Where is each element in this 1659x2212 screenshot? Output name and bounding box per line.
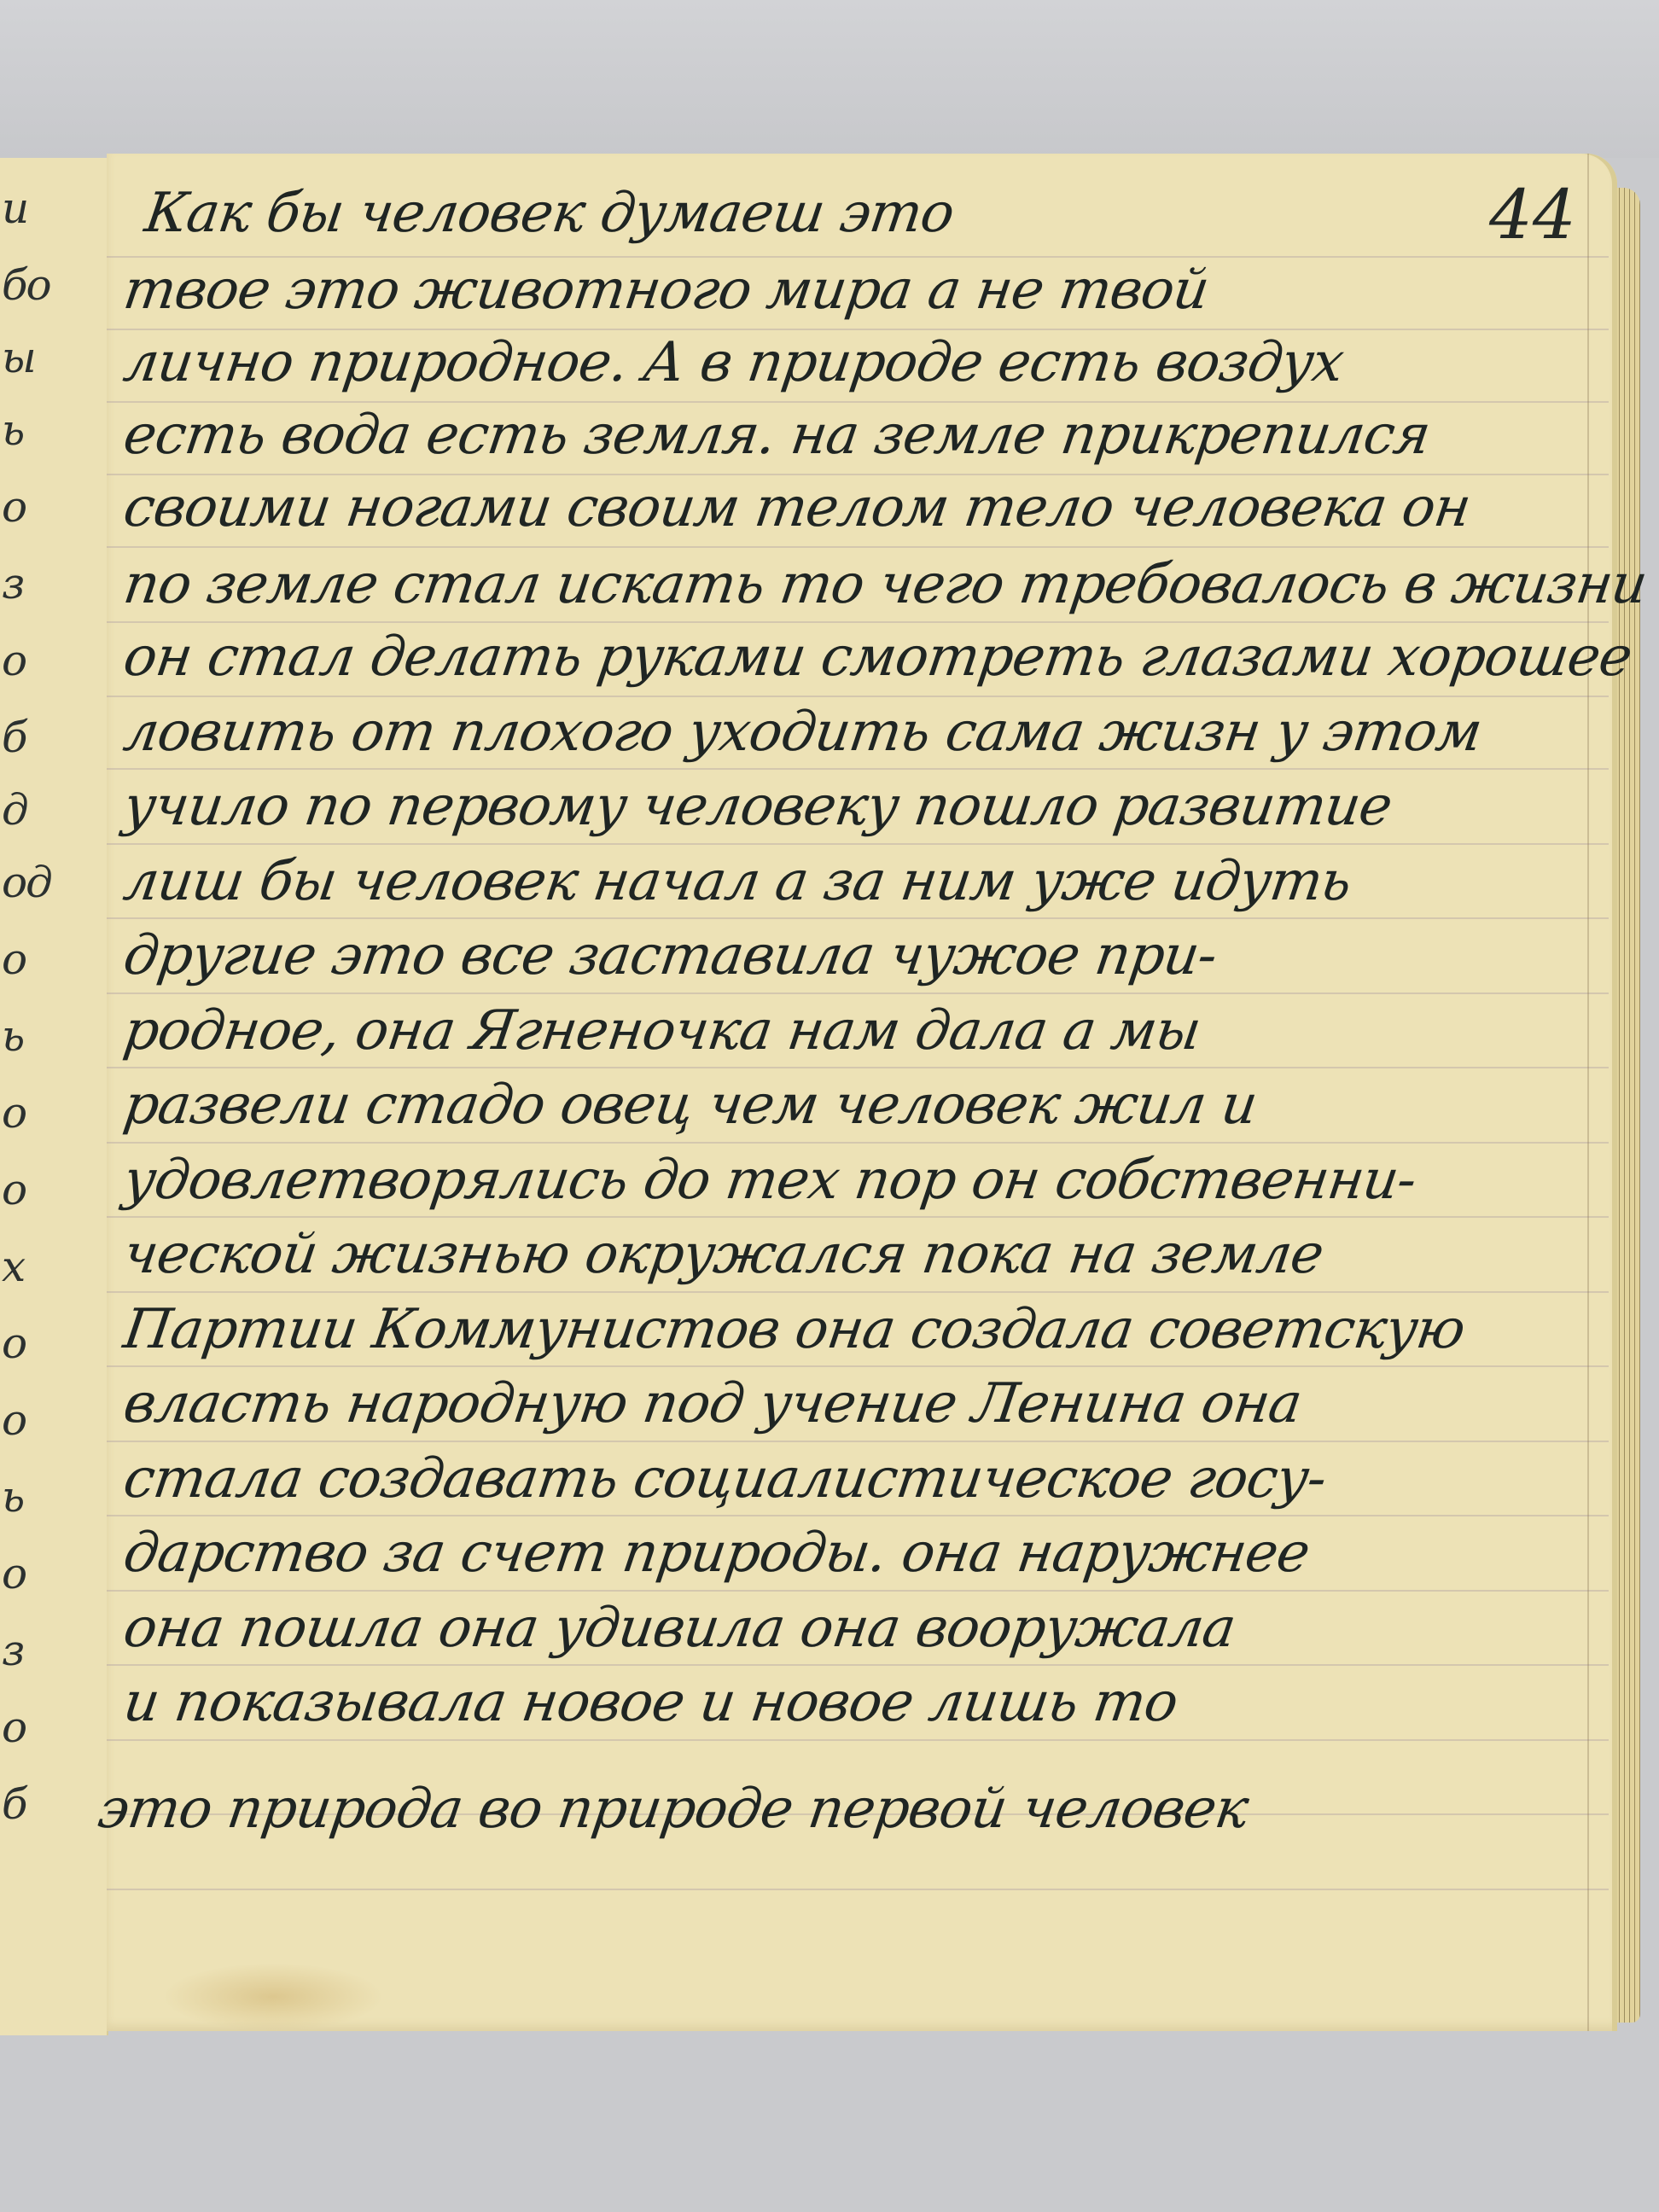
text-line: учило по первому человеку пошло развитие	[119, 772, 1597, 841]
left-page-fragment: о	[2, 482, 26, 532]
ruled-line	[107, 768, 1609, 770]
text-line: другие это все заставила чужое при-	[119, 922, 1597, 990]
left-page-fragment: бо	[2, 260, 50, 310]
ruled-line	[107, 1142, 1609, 1144]
ruled-line	[107, 1515, 1609, 1516]
left-page-fragment: з	[2, 559, 23, 608]
left-page-fragment: ь	[2, 405, 23, 455]
text-line: дарство за счет природы. она наружнее	[119, 1519, 1597, 1587]
ruled-line	[107, 696, 1609, 697]
text-line: лично природное. А в природе есть воздух	[119, 329, 1597, 397]
left-page-fragment: б	[2, 1779, 26, 1829]
text-line: и показывала новое и новое лишь то	[119, 1668, 1597, 1737]
ruled-line	[107, 1291, 1609, 1293]
left-page-fragment: и	[2, 183, 27, 233]
left-page-fragment: о	[2, 1395, 26, 1445]
text-line: ловить от плохого уходить сама жизн у эт…	[119, 698, 1597, 766]
ruled-line	[107, 1365, 1609, 1367]
scan-background	[0, 0, 1659, 158]
left-page-fragment: о	[2, 1703, 26, 1752]
text-line: Партии Коммунистов она создала советскую	[119, 1295, 1597, 1364]
text-line: по земле стал искать то чего требовалось…	[119, 550, 1597, 619]
ruled-line	[107, 546, 1609, 548]
left-page-fragment: о	[2, 1549, 26, 1598]
text-line: родное, она Ягненочка нам дала а мы	[119, 997, 1597, 1065]
ruled-line	[107, 1067, 1609, 1068]
text-line: лиш бы человек начал а за ним уже идуть	[119, 847, 1597, 916]
ruled-line	[107, 1664, 1609, 1666]
text-line: удовлетворялись до тех пор он собственни…	[119, 1146, 1597, 1214]
ruled-line	[107, 843, 1609, 845]
text-line: твое это животного мира а не твой	[119, 256, 1597, 324]
left-page-fragment: о	[2, 934, 26, 984]
text-line: стала создавать социалистическое госу-	[119, 1445, 1597, 1513]
left-page-fragment: ы	[2, 333, 35, 382]
left-page-fragment: д	[2, 785, 27, 835]
left-page-fragment: од	[2, 858, 51, 907]
left-page-fragment: о	[2, 636, 26, 685]
stacked-page-edges	[1615, 188, 1640, 2023]
text-line: она пошла она удивила она вооружала	[119, 1594, 1597, 1662]
ruled-line	[107, 1590, 1609, 1592]
left-page-fragment: з	[2, 1626, 23, 1675]
left-page-fragment: ь	[2, 1011, 23, 1061]
text-line: он стал делать руками смотреть глазами х…	[119, 623, 1597, 691]
left-page-fragment: ь	[2, 1472, 23, 1522]
text-line: Как бы человек думаеш это	[141, 179, 1618, 247]
paper-stain	[162, 1963, 384, 2031]
ruled-line	[107, 1739, 1609, 1741]
text-line: своими ногами своим телом тело человека …	[119, 474, 1597, 542]
text-line: власть народную под учение Ленина она	[119, 1370, 1597, 1438]
text-line: это природа во природе первой человек	[94, 1775, 1571, 1843]
text-line: есть вода есть земля. на земле прикрепил…	[119, 401, 1597, 469]
left-page-fragment: о	[2, 1318, 26, 1368]
left-page-fragment: о	[2, 1165, 26, 1214]
ruled-line	[107, 1216, 1609, 1218]
left-page-fragment: х	[2, 1242, 24, 1291]
ruled-line	[107, 1441, 1609, 1442]
text-line: ческой жизнью окружался пока на земле	[119, 1220, 1597, 1289]
ruled-line	[107, 917, 1609, 919]
left-page-fragment: о	[2, 1088, 26, 1138]
ruled-line	[107, 992, 1609, 994]
text-line: развели стадо овец чем человек жил и	[119, 1071, 1597, 1139]
left-page-fragment: б	[2, 713, 26, 762]
previous-page-margin: и бо ы ь о з о б д од о ь о о х о о ь о …	[0, 158, 108, 2035]
ruled-line	[107, 1889, 1609, 1890]
